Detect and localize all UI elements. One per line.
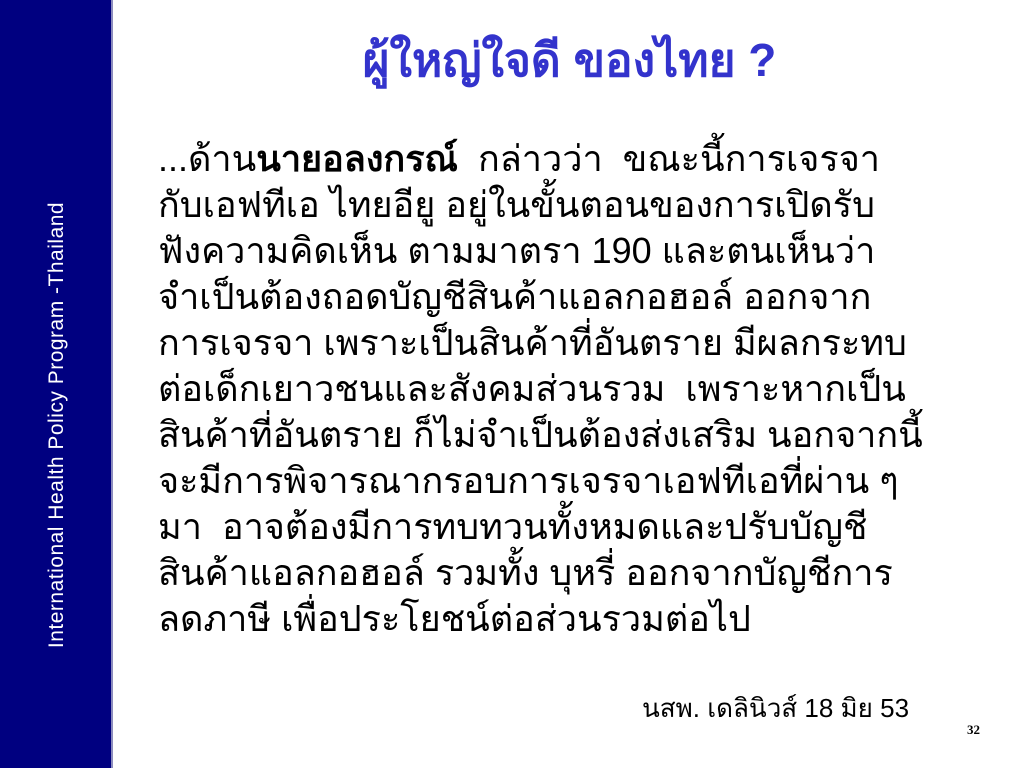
body-paragraph: ...ด้านนายอลงกรณ์ กล่าวว่า ขณะนี้การเจรจ… <box>158 136 986 642</box>
body-line-1-rest: กล่าวว่า ขณะนี้การเจรจา <box>458 138 880 179</box>
body-line-9: มา อาจต้องมีการทบทวนทั้งหมดและปรับบัญชี <box>158 504 986 550</box>
slide-title: ผู้ใหญ่ใจดี ของไทย ? <box>115 26 1024 95</box>
page-number: 32 <box>967 722 980 738</box>
body-line-11: ลดภาษี เพื่อประโยชน์ต่อส่วนรวมต่อไป <box>158 596 986 642</box>
body-line-3: ฟังความคิดเห็น ตามมาตรา 190 และตนเห็นว่า <box>158 228 986 274</box>
body-line-4: จำเป็นต้องถอดบัญชีสินค้าแอลกอฮอล์ ออกจาก <box>158 274 986 320</box>
body-line-1-bold-name: นายอลงกรณ์ <box>256 138 458 179</box>
body-line-10: สินค้าแอลกอฮอล์ รวมทั้ง บุหรี่ ออกจากบัญ… <box>158 550 986 596</box>
body-line-7: สินค้าที่อันตราย ก็ไม่จำเป็นต้องส่งเสริม… <box>158 412 986 458</box>
body-line-5: การเจรจา เพราะเป็นสินค้าที่อันตราย มีผลก… <box>158 320 986 366</box>
body-line-1-prefix: ...ด้าน <box>158 138 256 179</box>
body-line-8: จะมีการพิจารณากรอบการเจรจาเอฟทีเอที่ผ่าน… <box>158 458 986 504</box>
sidebar: International Health Policy Program -Tha… <box>0 0 113 768</box>
body-line-2: กับเอฟทีเอ ไทยอียู อยู่ในขั้นตอนของการเป… <box>158 182 986 228</box>
source-citation: นสพ. เดลินิวส์ 18 มิย 53 <box>642 688 909 729</box>
sidebar-program-label: International Health Policy Program -Tha… <box>0 0 113 768</box>
body-line-1: ...ด้านนายอลงกรณ์ กล่าวว่า ขณะนี้การเจรจ… <box>158 136 986 182</box>
body-line-6: ต่อเด็กเยาวชนและสังคมส่วนรวม เพราะหากเป็… <box>158 366 986 412</box>
slide: International Health Policy Program -Tha… <box>0 0 1024 768</box>
